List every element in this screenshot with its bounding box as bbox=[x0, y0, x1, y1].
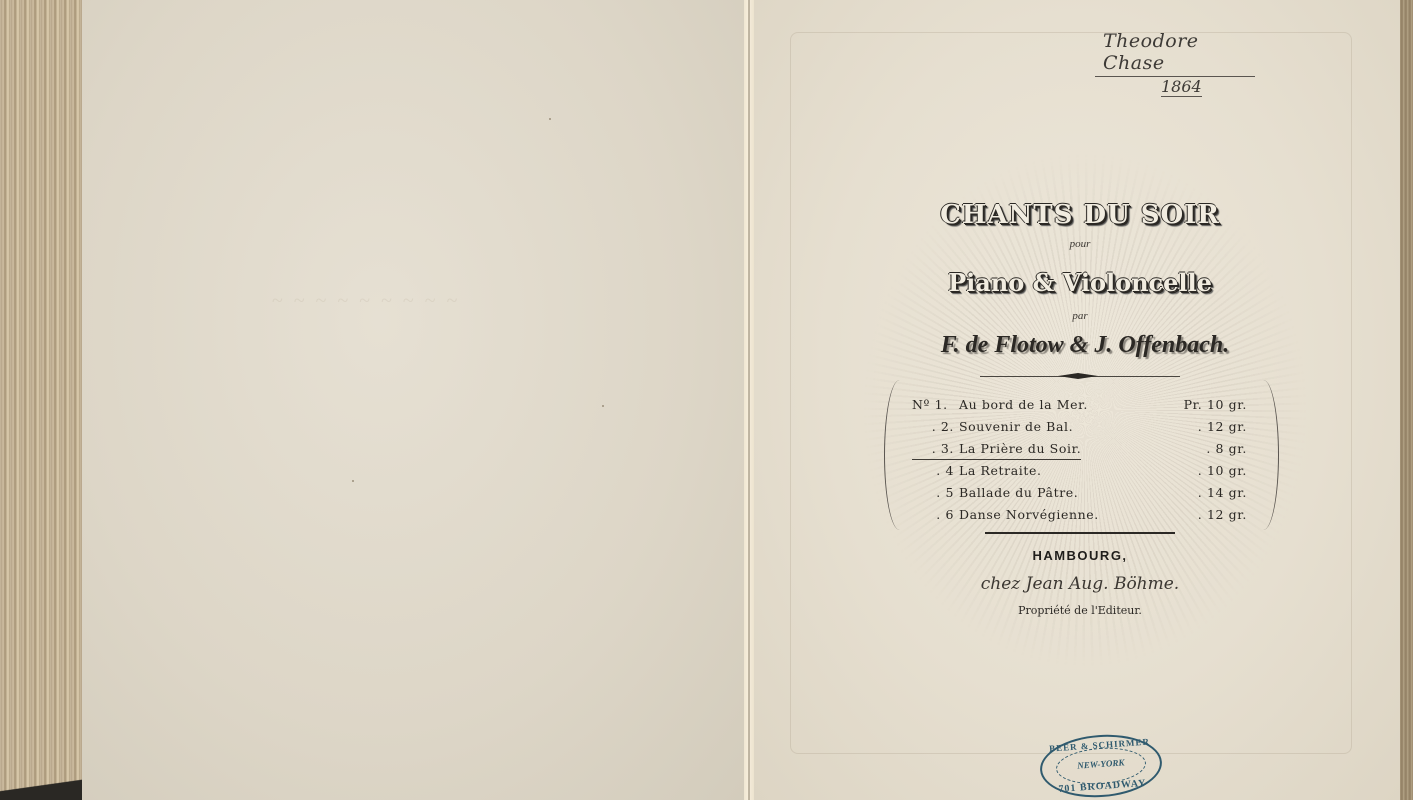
composers: F. de Flotow & J. Offenbach. bbox=[900, 332, 1270, 359]
piece-price: . 8 gr. bbox=[1206, 438, 1247, 460]
piece-title: Ballade du Pâtre. bbox=[959, 482, 1078, 504]
left-page: ~ ~ ~ ~ ~ ~ ~ ~ ~ bbox=[82, 0, 744, 800]
publisher-city: HAMBOURG, bbox=[1020, 548, 1140, 563]
piece-row: . 2.Souvenir de Bal. . 12 gr. bbox=[912, 416, 1247, 438]
piece-row: Nº 1.Au bord de la Mer. Pr. 10 gr. bbox=[912, 394, 1247, 416]
paper-speck bbox=[549, 118, 551, 120]
piece-number: . 5 bbox=[912, 482, 959, 504]
piece-price: . 10 gr. bbox=[1198, 460, 1247, 482]
inscription-year: 1864 bbox=[1161, 77, 1202, 97]
bleed-through-text: ~ ~ ~ ~ ~ ~ ~ ~ ~ bbox=[272, 290, 460, 313]
piece-price: . 12 gr. bbox=[1198, 504, 1247, 526]
page-edges-right bbox=[1400, 0, 1413, 800]
piece-number: . 3. bbox=[912, 438, 959, 459]
par-label: par bbox=[1040, 310, 1120, 322]
piece-price: Pr. 10 gr. bbox=[1184, 394, 1247, 416]
piece-row: . 4La Retraite. . 10 gr. bbox=[912, 460, 1247, 482]
handwritten-inscription: Theodore Chase 1864 bbox=[1095, 30, 1255, 97]
piece-title: Danse Norvégienne. bbox=[959, 504, 1099, 526]
piece-number: . 4 bbox=[912, 460, 959, 482]
piece-number: . 6 bbox=[912, 504, 959, 526]
piece-price: . 14 gr. bbox=[1198, 482, 1247, 504]
paper-speck bbox=[352, 480, 354, 482]
piece-row: . 5Ballade du Pâtre. . 14 gr. bbox=[912, 482, 1247, 504]
page-edges-left bbox=[0, 0, 82, 800]
instrumentation: Piano & Violoncelle bbox=[900, 268, 1260, 297]
open-book: ~ ~ ~ ~ ~ ~ ~ ~ ~ Theodore Chase 1864 CH… bbox=[0, 0, 1413, 800]
piece-title: Souvenir de Bal. bbox=[959, 416, 1073, 438]
work-title: CHANTS DU SOIR bbox=[910, 200, 1250, 230]
piece-row-underlined: . 3.La Prière du Soir. . 8 gr. bbox=[912, 438, 1247, 460]
book-gutter bbox=[744, 0, 754, 800]
divider-rule bbox=[985, 532, 1175, 534]
pieces-list: Nº 1.Au bord de la Mer. Pr. 10 gr. . 2.S… bbox=[912, 394, 1247, 526]
piece-title: La Retraite. bbox=[959, 460, 1042, 482]
piece-number: . 2. bbox=[912, 416, 959, 438]
paper-speck bbox=[602, 405, 604, 407]
pour-label: pour bbox=[1040, 238, 1120, 250]
piece-title: Au bord de la Mer. bbox=[959, 394, 1088, 416]
piece-number: Nº 1. bbox=[912, 394, 959, 416]
rights-notice: Propriété de l'Editeur. bbox=[990, 604, 1170, 617]
inscription-name: Theodore Chase bbox=[1095, 30, 1255, 77]
piece-title: La Prière du Soir. bbox=[959, 438, 1081, 459]
piece-row: . 6Danse Norvégienne. . 12 gr. bbox=[912, 504, 1247, 526]
piece-price: . 12 gr. bbox=[1198, 416, 1247, 438]
publisher-name: chez Jean Aug. Böhme. bbox=[940, 574, 1220, 594]
right-bracket-flourish bbox=[1248, 380, 1279, 530]
left-bracket-flourish bbox=[884, 380, 915, 530]
